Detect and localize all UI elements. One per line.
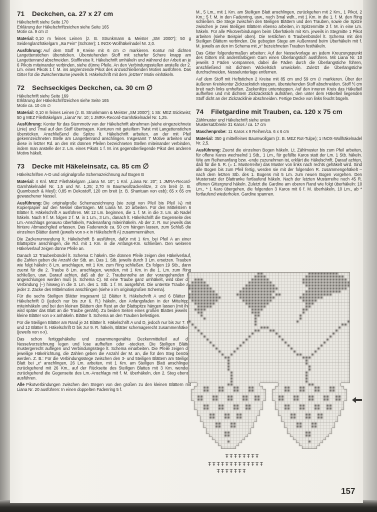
labeled-paragraph: Ausführung:Zuerst die einzelnen Bogen hä… bbox=[196, 148, 362, 197]
paragraph-text: Auf dem Stoff mit Heftstichen 2 Kreise m… bbox=[196, 77, 362, 101]
paragraph: Die Zackenumrandung lt. Häkelschrift B a… bbox=[17, 237, 191, 252]
paragraph-text: Das schon fertiggehäkelte und zusammenge… bbox=[17, 336, 191, 380]
scanned-book-page: { "page": { "number": "157" }, "colors":… bbox=[0, 0, 377, 512]
paragraph: Für die 5teiligen Blätter am Rand je 24 … bbox=[17, 320, 191, 335]
labeled-paragraph: Ausführung:Auf dem Stoff 9 Kreise mit 6 … bbox=[17, 48, 191, 77]
paragraph: Das schon fertiggehäkelte und zusammenge… bbox=[17, 337, 191, 381]
section-72: 72Sechseckiges Deckchen, ca. 30 cm ∅Häke… bbox=[17, 84, 191, 156]
paragraph-text: Für die sechs 5teiligen Blätter insgesam… bbox=[17, 294, 191, 318]
meta-line: Mustersatzbreite 31 Karos / ca. 17 cm bbox=[196, 123, 362, 128]
section-title: Deckchen, ca. 27 x 27 cm bbox=[32, 10, 113, 18]
paragraph-text: 0,10 m feines Leinen (z. B. Strunkmann &… bbox=[17, 110, 191, 120]
section-title: Filetgardine mit Trauben, ca. 120 x 75 c… bbox=[211, 108, 342, 116]
scan-edge-right bbox=[363, 0, 377, 503]
labeled-paragraph: Material:0,10 m feines Leinen (z. B. Str… bbox=[17, 110, 191, 120]
symbol-row: ŦŦŦŦŦŦŦŦ bbox=[208, 454, 264, 462]
paragraph: Für die sechs 5teiligen Blätter insgesam… bbox=[17, 294, 191, 318]
row-marker-arrow-icon bbox=[352, 398, 362, 402]
section-number: 72 bbox=[17, 84, 25, 92]
right-column-text: M., 5 Lm., mit 1 Km. am 5teiligen Blatt … bbox=[196, 10, 362, 197]
section-heading: 73Decke mit Häkeleinsatz, ca. 85 cm ∅ bbox=[17, 163, 191, 171]
paragraph-text: 4 Knl. MEZ Filethäkelgarn „Liana Nr. 10“… bbox=[17, 179, 191, 199]
paragraph: Das Gitter folgendermaßen arbeiten: Auf … bbox=[196, 51, 362, 75]
paragraph: M., 5 Lm., mit 1 Km. am 5teiligen Blatt … bbox=[196, 10, 362, 49]
paragraph-text: Für die 5teiligen Blätter am Rand je 24 … bbox=[17, 320, 191, 335]
labeled-paragraph: Ausführung:Kontur für das Sternmotiv von… bbox=[17, 122, 191, 156]
paragraph: Danach 12 Traubenbündel lt. Schema C häk… bbox=[17, 253, 191, 292]
meta-line: Häkelschriften A-D und originalgroße Sch… bbox=[17, 173, 191, 178]
section-heading: 74Filetgardine mit Trauben, ca. 120 x 75… bbox=[196, 108, 362, 116]
paragraph-text: Das Gitter folgendermaßen arbeiten: Auf … bbox=[196, 50, 362, 74]
left-column-text: 71Deckchen, ca. 27 x 27 cmHäkelschrift s… bbox=[17, 10, 191, 392]
paragraph-text: Kontur für das Sternmotiv von der Häkels… bbox=[17, 122, 191, 156]
paragraph-text: Pikotverbindungen zwischen den Stegen vo… bbox=[17, 382, 191, 392]
section-title: Sechseckiges Deckchen, ca. 30 cm ∅ bbox=[32, 84, 152, 92]
section-71: 71Deckchen, ca. 27 x 27 cmHäkelschrift s… bbox=[17, 10, 191, 77]
labeled-paragraph: Material:0,10 m feines Leinen (z. B. Str… bbox=[17, 37, 191, 47]
page: 71Deckchen, ca. 27 x 27 cmHäkelschrift s… bbox=[10, 0, 363, 503]
paragraph-text: Danach 12 Traubenbündel lt. Schema C häk… bbox=[17, 253, 191, 292]
filet-chart bbox=[188, 272, 358, 450]
paragraph-label: Maschenprobe: bbox=[196, 129, 227, 134]
filet-grid-canvas bbox=[188, 272, 350, 449]
section-73: 73Decke mit Häkeleinsatz, ca. 85 cm ∅Häk… bbox=[17, 163, 191, 393]
paragraph-text: Auf dem Stoff 9 Kreise mit 6 cm ∅ markie… bbox=[17, 48, 191, 77]
labeled-paragraph: AllePikotverbindungen zwischen den Stege… bbox=[17, 383, 191, 393]
paragraph-text: Zuerst die einzelnen Bogen häkeln. Lt. Z… bbox=[196, 148, 362, 197]
labeled-paragraph: Material:350 g mittelfeines Baumwollgarn… bbox=[196, 136, 362, 146]
paragraph-text: Die originalgroße Schemazeichnung (sie z… bbox=[17, 200, 191, 234]
section-74: 74Filetgardine mit Trauben, ca. 120 x 75… bbox=[196, 108, 362, 197]
page-number: 157 bbox=[341, 486, 355, 496]
left-column: 71Deckchen, ca. 27 x 27 cmHäkelschrift s… bbox=[17, 10, 191, 502]
meta-line: Motiv ca. 9 cm ∅ bbox=[17, 30, 191, 35]
labeled-paragraph: Material:4 Knl. MEZ Filethäkelgarn „Lian… bbox=[17, 179, 191, 198]
section-heading: 72Sechseckiges Deckchen, ca. 30 cm ∅ bbox=[17, 84, 191, 92]
right-column: M., 5 Lm., mit 1 Km. am 5teiligen Blatt … bbox=[196, 6, 362, 270]
paragraph: Auf dem Stoff mit Heftstichen 2 Kreise m… bbox=[196, 77, 362, 101]
labeled-paragraph: Maschenprobe:11 Karos x 9 Reihen/ca. 6 x… bbox=[196, 130, 362, 135]
paragraph-text: 11 Karos x 9 Reihen/ca. 6 x 6 cm bbox=[228, 129, 289, 134]
section-heading: 71Deckchen, ca. 27 x 27 cm bbox=[17, 10, 191, 18]
labeled-paragraph: Ausführung:Die originalgroße Schemazeich… bbox=[17, 201, 191, 235]
symbol-row: ŦŦŦŦŦŦŦ bbox=[208, 469, 264, 477]
section-number: 73 bbox=[17, 163, 25, 171]
symbol-row: ŦŦŦŦŦŦŦŦŦŦŦŦŦ bbox=[208, 462, 264, 470]
section-number: 71 bbox=[17, 10, 25, 18]
scan-edge-left bbox=[0, 0, 10, 503]
meta-line: Motiv ca. 10 cm ∅ bbox=[17, 104, 191, 109]
section-continuation: M., 5 Lm., mit 1 Km. am 5teiligen Blatt … bbox=[196, 10, 362, 101]
paragraph-text: 350 g mittelfeines Baumwollgarn (z. B. M… bbox=[196, 136, 362, 146]
paragraph-text: Die Zackenumrandung lt. Häkelschrift B a… bbox=[17, 236, 191, 251]
paragraph-text: M., 5 Lm., mit 1 Km. am 5teiligen Blatt … bbox=[196, 10, 362, 49]
paragraph-text: 0,10 m feines Leinen (z. B. Strunkmann &… bbox=[17, 36, 191, 46]
section-number: 74 bbox=[196, 108, 204, 116]
crochet-symbol-chart: ŦŦŦŦŦŦŦŦŦŦŦŦŦŦŦŦŦŦŦŦŦ ŦŦŦŦŦŦŦ bbox=[208, 454, 264, 477]
section-title: Decke mit Häkeleinsatz, ca. 85 cm ∅ bbox=[32, 163, 149, 171]
